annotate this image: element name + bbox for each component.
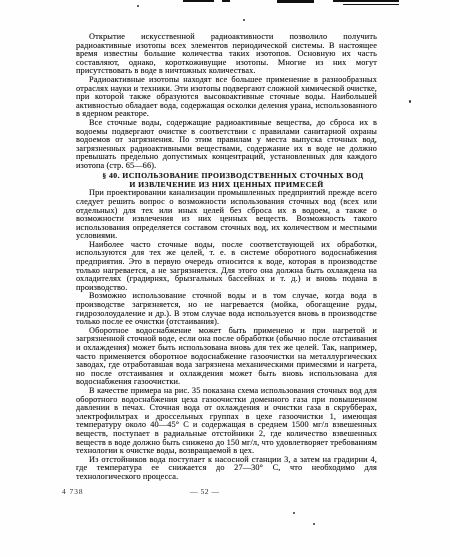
scan-artifact — [277, 0, 314, 3]
body-paragraph: Все сточные воды, содержащие радиоактивн… — [76, 119, 377, 171]
body-paragraph: Из отстойников вода поступает к насосной… — [76, 456, 377, 482]
scan-speck — [313, 523, 315, 525]
scan-speck — [137, 5, 139, 7]
body-paragraph: Возможно использование сточной воды и в … — [76, 292, 377, 326]
body-paragraph: Радиоактивные изотопы находят все больше… — [76, 76, 377, 119]
scan-speck — [409, 100, 411, 103]
scan-artifact — [183, 0, 214, 2]
body-paragraph: В качестве примера на рис. 35 показана с… — [76, 387, 377, 456]
print-order-mark: 4 738 — [62, 487, 84, 496]
body-paragraph: При проектировании канализации промышлен… — [76, 189, 377, 241]
section-heading: § 40. ИСПОЛЬЗОВАНИЕ ПРОИЗВОДСТВЕННЫХ СТО… — [76, 171, 377, 190]
scanned-book-page: Открытие искусственной радиоактивности п… — [0, 0, 450, 557]
scan-speck — [243, 19, 245, 21]
scan-speck — [293, 512, 295, 514]
page-number: — 52 — — [190, 487, 220, 496]
body-paragraph: Оборотное водоснабжение может быть приме… — [76, 327, 377, 387]
scan-artifact — [333, 0, 399, 2]
text-column: Открытие искусственной радиоактивности п… — [76, 33, 377, 482]
scan-artifact — [222, 0, 230, 2]
body-paragraph: Открытие искусственной радиоактивности п… — [76, 33, 377, 76]
body-paragraph: Наиболее часто сточные воды, после соотв… — [76, 241, 377, 293]
section-heading-line1: § 40. ИСПОЛЬЗОВАНИЕ ПРОИЗВОДСТВЕННЫХ СТО… — [102, 171, 363, 180]
scan-artifact — [343, 4, 399, 5]
